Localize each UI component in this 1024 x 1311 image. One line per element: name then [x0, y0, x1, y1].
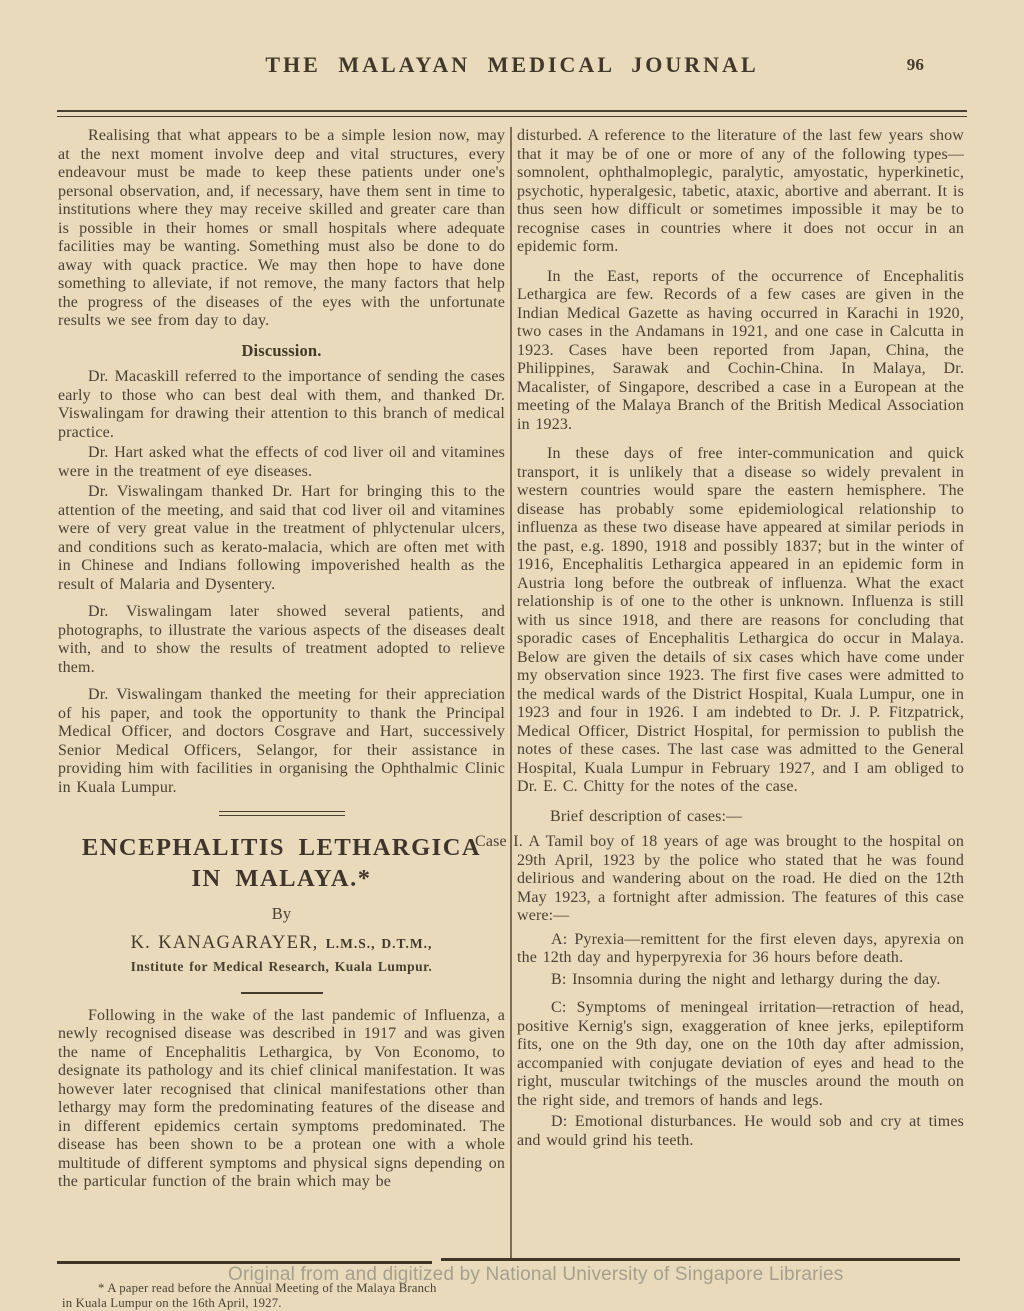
- case-1-item-d: D: Emotional disturbances. He would sob …: [517, 1113, 964, 1150]
- two-column-layout: Realising that what appears to be a simp…: [58, 127, 966, 1258]
- article-title-line1: ENCEPHALITIS LETHARGICA: [82, 834, 481, 861]
- header-double-rule: [57, 110, 967, 117]
- case-1-label: Case I.: [475, 833, 523, 850]
- article-intro-paragraph: Following in the wake of the last pandem…: [58, 1007, 505, 1192]
- library-watermark: Original from and digitized by National …: [228, 1264, 848, 1286]
- discussion-paragraph-thanks: Dr. Viswalingam thanked the meeting for …: [58, 686, 505, 797]
- discussion-paragraph-hart: Dr. Hart asked what the effects of cod l…: [58, 444, 505, 481]
- case-1-item-c: C: Symptoms of meningeal irritation—retr…: [517, 999, 964, 1110]
- journal-page: THE MALAYAN MEDICAL JOURNAL 96 Realising…: [0, 0, 1024, 1311]
- discussion-paragraph-macaskill: Dr. Macaskill referred to the importance…: [58, 368, 505, 442]
- case-1-paragraph: Case I. A Tamil boy of 18 years of age w…: [517, 833, 964, 926]
- discussion-paragraph-viswalingam-reply: Dr. Viswalingam thanked Dr. Hart for bri…: [58, 483, 505, 594]
- article-title: ENCEPHALITIS LETHARGICA IN MALAYA.*: [58, 832, 505, 894]
- author-name: K. KANAGARAYER,: [131, 933, 319, 953]
- article-title-line2: IN MALAYA.*: [192, 865, 372, 892]
- column-divider-rule: [510, 127, 512, 1258]
- discussion-heading: Discussion.: [58, 342, 505, 361]
- bottom-rule-right-segment: [441, 1258, 960, 1261]
- author-line: K. KANAGARAYER, L.M.S., D.T.M.,: [58, 934, 505, 954]
- page-number: 96: [907, 55, 924, 75]
- paragraph-in-the-east: In the East, reports of the occurrence o…: [517, 268, 964, 435]
- footnote-line2: in Kuala Lumpur on the 16th April, 1927.: [62, 1296, 282, 1310]
- case-1-item-a: A: Pyrexia—remittent for the first eleve…: [517, 931, 964, 968]
- paragraph-disturbed-continuation: disturbed. A reference to the literature…: [517, 127, 964, 257]
- paragraph-these-days: In these days of free inter-communicatio…: [517, 445, 964, 797]
- section-divider-rule: [219, 811, 345, 816]
- brief-description-line: Brief description of cases:—: [517, 808, 964, 827]
- discussion-paragraph-patients: Dr. Viswalingam later showed several pat…: [58, 603, 505, 677]
- right-column: disturbed. A reference to the literature…: [517, 127, 964, 1258]
- author-degrees: L.M.S., D.T.M.,: [326, 936, 433, 951]
- short-rule: [241, 992, 323, 994]
- case-1-body: A Tamil boy of 18 years of age was broug…: [517, 833, 964, 924]
- case-1-item-b: B: Insomnia during the night and letharg…: [517, 971, 964, 990]
- byline-by: By: [58, 905, 505, 924]
- author-affiliation: Institute for Medical Research, Kuala Lu…: [58, 958, 505, 977]
- journal-title: THE MALAYAN MEDICAL JOURNAL: [0, 52, 1024, 78]
- paragraph-realising: Realising that what appears to be a simp…: [58, 127, 505, 331]
- left-column: Realising that what appears to be a simp…: [58, 127, 505, 1258]
